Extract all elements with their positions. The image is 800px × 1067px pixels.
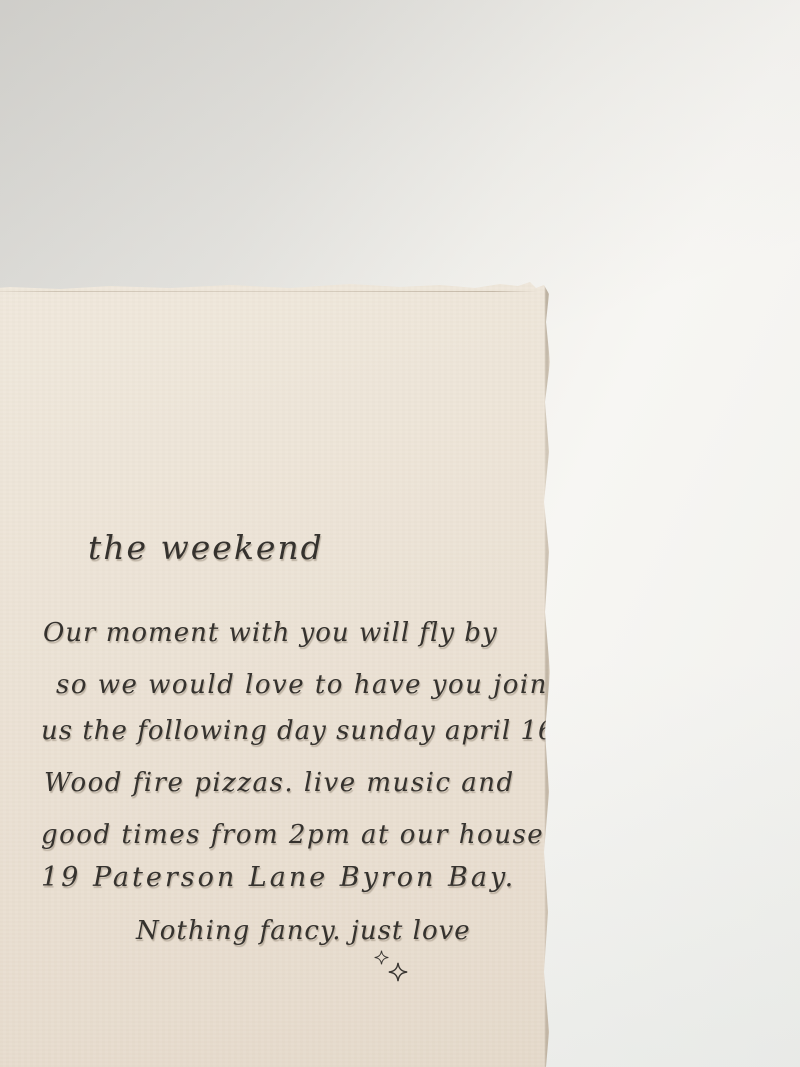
card-line: Wood fire pizzas. live music and: [44, 768, 515, 798]
card-line: us the following day sunday april 16.: [41, 716, 565, 746]
sparkle-decoration: [374, 950, 418, 990]
card-line: good times from 2pm at our house.: [41, 820, 554, 850]
sparkle-icon: [388, 962, 408, 982]
sparkle-icon: [374, 950, 389, 965]
card-line: 19 Paterson Lane Byron Bay.: [41, 862, 516, 893]
invitation-card: the weekend Our moment with you will fly…: [0, 282, 552, 1067]
card-line: Our moment with you will fly by: [43, 618, 498, 648]
photo-scene: the weekend Our moment with you will fly…: [0, 0, 800, 1067]
card-line: Nothing fancy. just love: [136, 916, 471, 946]
card-line: so we would love to have you join: [56, 670, 548, 700]
card-title: the weekend: [88, 528, 324, 567]
